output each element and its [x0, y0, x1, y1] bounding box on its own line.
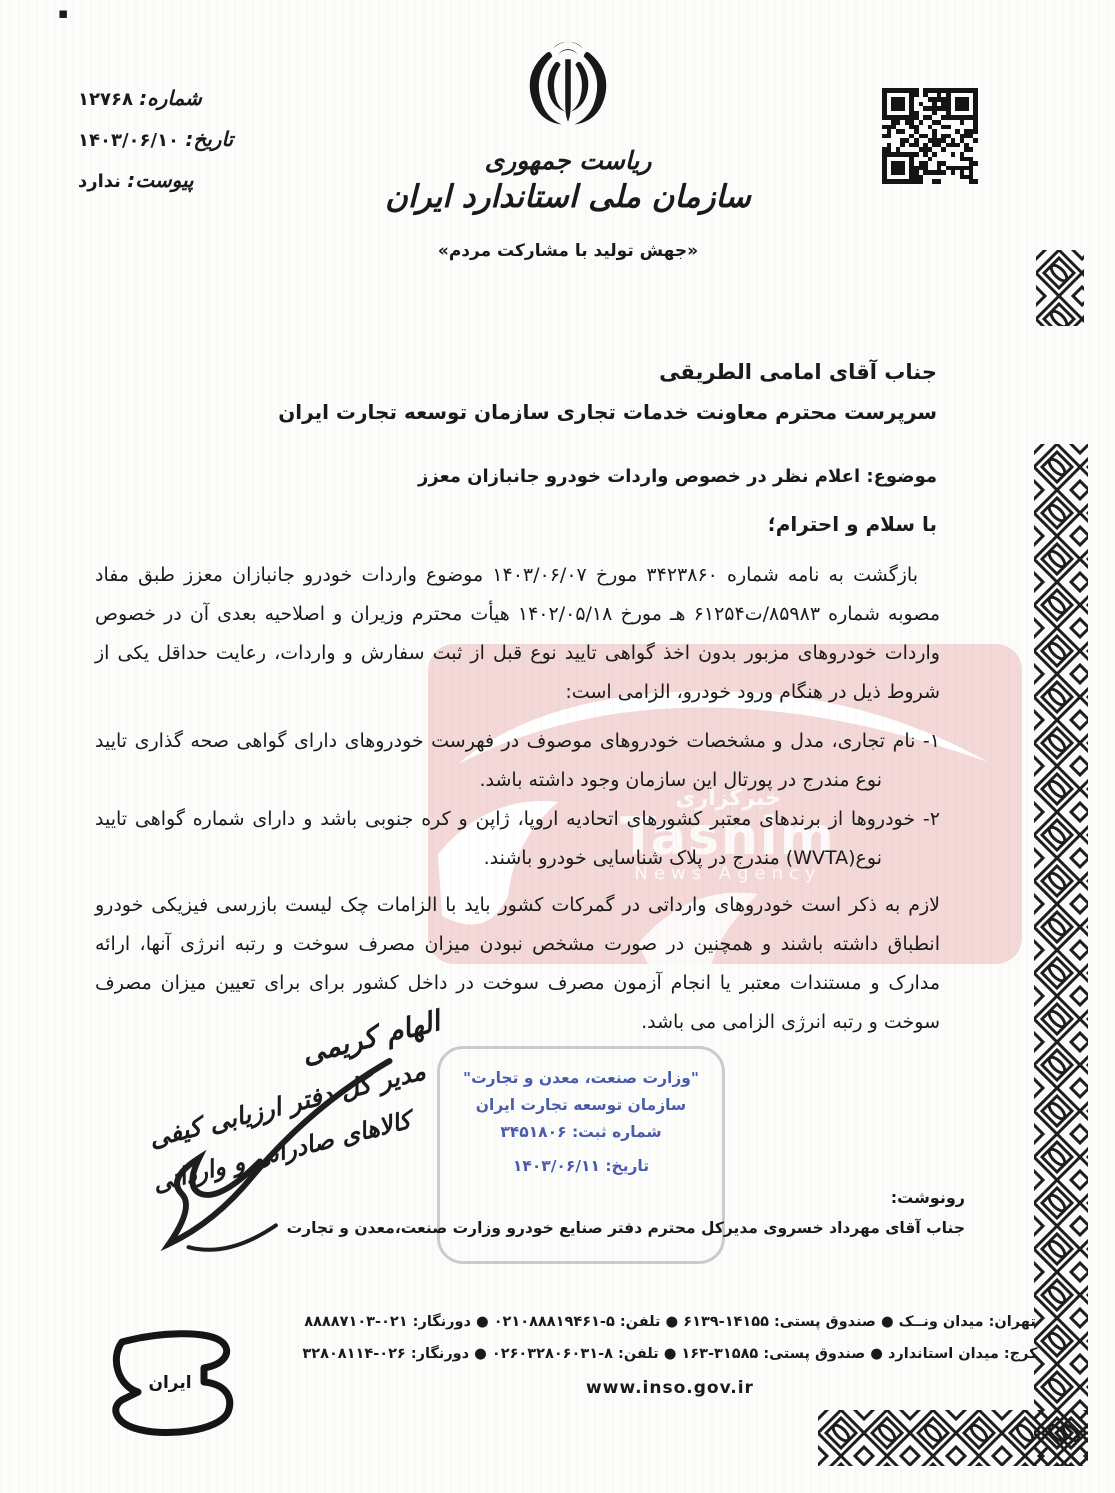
- condition-item-2: ۲- خودروها از برندهای معتبر کشورهای اتحا…: [95, 800, 940, 878]
- condition-item-1: ۱- نام تجاری، مدل و مشخصات خودروهای موصو…: [95, 722, 940, 800]
- recipient-block: جناب آقای امامی الطریقی سرپرست محترم معا…: [177, 360, 937, 424]
- qr-code: [882, 88, 978, 184]
- letter-number: شماره: ۱۲۷۶۸: [78, 86, 288, 110]
- footer-tehran-address: تهران: میدان ونــک ● صندوق پستی: ۱۴۱۵۵-۶…: [230, 1314, 1110, 1330]
- letter-date: تاریخ: ۱۴۰۳/۰۶/۱۰: [78, 127, 288, 151]
- footer-website: www.inso.gov.ir: [230, 1378, 1110, 1398]
- scan-artifact-mark: ▪: [58, 4, 68, 22]
- letterhead-slogan: «جهش تولید با مشارکت مردم»: [368, 241, 768, 261]
- letterhead: ریاست جمهوری سازمان ملی استاندارد ایران …: [368, 34, 768, 261]
- body-paragraph-1: بازگشت به نامه شماره ۳۴۲۳۸۶۰ مورخ ۱۴۰۳/۰…: [95, 556, 940, 712]
- iran-national-emblem-icon: [522, 34, 614, 136]
- recipient-name: جناب آقای امامی الطریقی: [177, 360, 937, 384]
- letterhead-organization: سازمان ملی استاندارد ایران: [368, 179, 768, 215]
- letter-attachment: پیوست: ندارد: [78, 168, 288, 192]
- stamp-registration-number: شماره ثبت: ۳۴۵۱۸۰۶: [440, 1123, 722, 1141]
- stamp-organization: سازمان توسعه تجارت ایران: [440, 1096, 722, 1114]
- ornament-border-top-motif: [1036, 250, 1084, 326]
- body-paragraph-2: لازم به ذکر است خودروهای وارداتی در گمرک…: [95, 886, 940, 1042]
- scanned-letter-page: ▪ خبرگزاری Tasnim News Agency شماره: ۱۲۷…: [0, 0, 1115, 1493]
- letter-meta-block: شماره: ۱۲۷۶۸ تاریخ: ۱۴۰۳/۰۶/۱۰ پیوست: ند…: [78, 86, 288, 209]
- stamp-ministry: "وزارت صنعت، معدن و تجارت": [440, 1069, 722, 1087]
- isiri-standard-mark-icon: ایران: [92, 1326, 252, 1451]
- footer-contact-block: تهران: میدان ونــک ● صندوق پستی: ۱۴۱۵۵-۶…: [230, 1314, 1110, 1398]
- recipient-title: سرپرست محترم معاونت خدمات تجاری سازمان ت…: [177, 400, 937, 424]
- letterhead-authority: ریاست جمهوری: [368, 146, 768, 175]
- subject-line: موضوع: اعلام نظر در خصوص واردات خودرو جا…: [177, 466, 937, 487]
- isiri-logo-text: ایران: [148, 1373, 191, 1393]
- ornament-border-bottom: [818, 1410, 1088, 1466]
- footer-karaj-address: کرج: میدان استاندارد ● صندوق پستی: ۳۱۵۸۵…: [230, 1346, 1110, 1362]
- isiri-logo: ایران: [92, 1326, 252, 1455]
- ornament-border-right: [1034, 444, 1088, 1466]
- signature-block: الهام کریمی مدیر کل دفتر ارزیابی کیفی کا…: [96, 1002, 501, 1312]
- salutation: با سلام و احترام؛: [768, 512, 937, 536]
